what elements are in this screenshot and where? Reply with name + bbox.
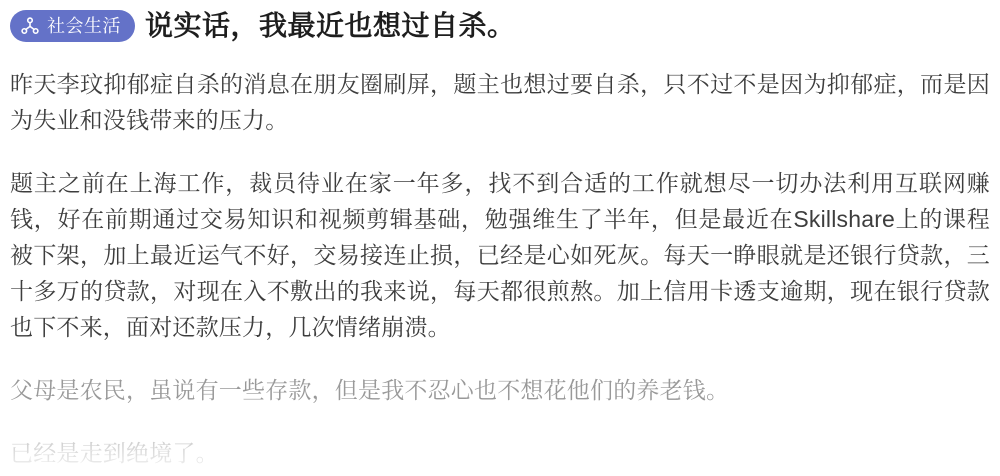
question-paragraph: 题主之前在上海工作，裁员待业在家一年多，找不到合适的工作就想尽一切办法利用互联网…: [10, 165, 990, 345]
topic-badge[interactable]: 社会生活: [10, 10, 135, 42]
question-header: 社会生活 说实话，我最近也想过自杀。: [10, 8, 990, 44]
question-paragraph-faded: 已经是走到绝境了。: [10, 435, 990, 471]
question-paragraph: 昨天李玟抑郁症自杀的消息在朋友圈刷屏，题主也想过要自杀，只不过不是因为抑郁症，而…: [10, 66, 990, 138]
question-title[interactable]: 说实话，我最近也想过自杀。: [145, 8, 516, 44]
question-post: 社会生活 说实话，我最近也想过自杀。 昨天李玟抑郁症自杀的消息在朋友圈刷屏，题主…: [0, 0, 1000, 476]
question-body: 昨天李玟抑郁症自杀的消息在朋友圈刷屏，题主也想过要自杀，只不过不是因为抑郁症，而…: [10, 66, 990, 471]
question-paragraph: 父母是农民，虽说有一些存款，但是我不忍心也不想花他们的养老钱。: [10, 372, 990, 408]
molecule-topic-icon: [20, 16, 40, 36]
topic-badge-label: 社会生活: [47, 17, 121, 35]
